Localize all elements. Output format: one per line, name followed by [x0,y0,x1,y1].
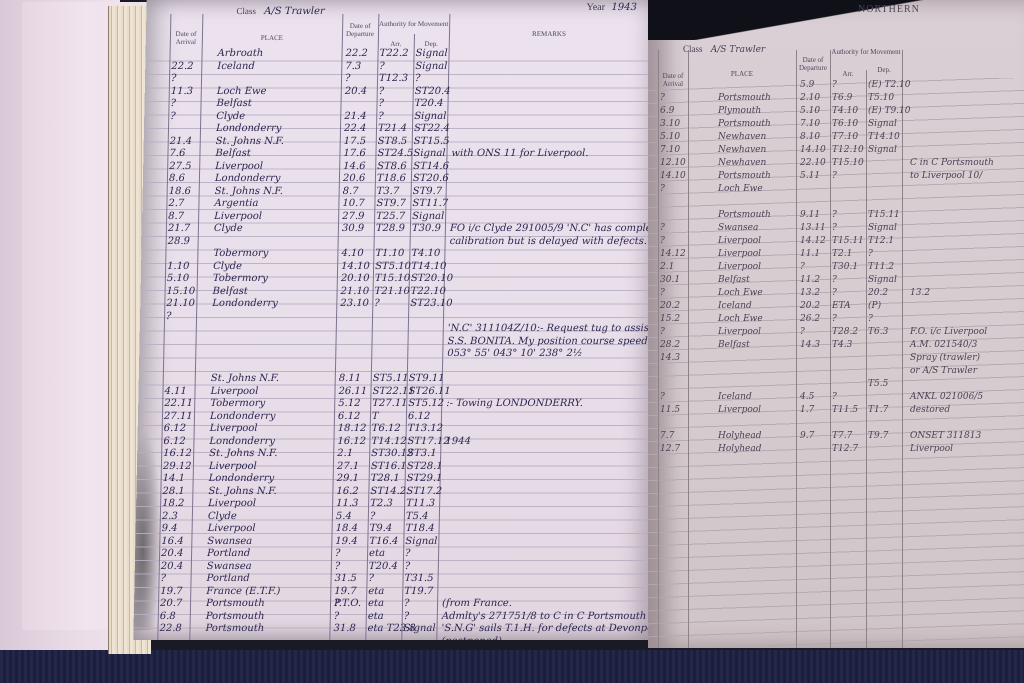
table-row: 14.1Londonderry29.1T28.1ST29.1 [137,473,652,486]
cell-departure: 20.2 [800,301,820,311]
remark-text: 053° 55' 043° 10' 238° 2½ [447,348,582,359]
cell-departure: 27.9 [342,211,364,222]
cell-arrival: 21.10 [166,298,195,309]
table-row: ? [140,311,655,324]
cell-arrival: ? [660,327,665,337]
cell-place: Liverpool [209,461,257,472]
cell-place: Plymouth [718,106,761,116]
cell-place: Portsmouth [206,598,265,609]
cell-place: Londonderry [216,123,282,134]
cell-arrival: 1.10 [167,261,189,272]
cell-arr: eta [368,598,384,609]
cell-arrival: 15.10 [166,286,195,297]
cell-departure: 8.10 [800,132,820,142]
cell-departure: 20.4 [345,86,367,97]
cell-departure: ? [345,73,351,84]
cell-departure: 5.10 [800,106,820,116]
cell-place: Liverpool [718,327,761,337]
cell-place: Liverpool [208,498,256,509]
cell-dep: Signal [868,275,897,285]
cell-place: Liverpool [718,236,761,246]
cell-arr: ? [370,511,376,522]
cell-place: Liverpool [718,405,761,415]
cell-arr: T15.10 [375,273,411,284]
class-label: Class [236,6,256,16]
remark-text: 1944 [445,436,471,447]
header-authority: Authority for Movement [830,48,902,56]
cell-arrival: ? [171,73,177,84]
cell-arrival: 14.3 [660,353,680,363]
cell-arrival: 21.7 [168,223,190,234]
cell-arr: T2.3 [370,498,393,509]
cell-departure: 1.7 [800,405,814,415]
cell-dep: 20.2 [868,288,888,298]
cell-departure: 13.11 [800,223,826,233]
cell-departure: ? [335,561,341,572]
cell-place: France (E.T.F.) [206,586,280,597]
cell-departure: 14.10 [341,261,370,272]
table-row: 5.10Newhaven8.10T7.10T14.10 [648,132,1024,145]
year-heading: Year 1943 [586,2,637,13]
remark-text: FO i/c Clyde 291005/9 'N.C' has complete… [450,223,662,234]
cell-place: Liverpool [208,523,256,534]
table-row: 2.1Liverpool?T30.1T11.2 [648,262,1024,275]
cell-arrival: 11.5 [660,405,680,415]
cell-arrival: 18.6 [169,186,191,197]
cell-place: Arbroath [217,48,263,59]
cell-place: Swansea [207,536,252,547]
table-row: 18.2Liverpool11.3T2.3T11.3 [136,498,651,511]
cell-departure: 11.2 [800,275,820,285]
cell-dep: ? [415,73,421,84]
table-row: 11.5Liverpool1.7T11.5T1.7 [648,405,1024,418]
cell-dep: T19.7 [404,586,433,597]
cell-place: Liverpool [210,423,258,434]
cell-dep: 6.12 [408,411,430,422]
table-row: 15.10Belfast21.10T21.10T22.10 [140,286,655,299]
table-row: ?Portland31.5?T31.5 [134,573,649,586]
table-row: 20.4Portland?eta? [135,548,650,561]
cell-dep: ? [405,548,411,559]
cell-dep: ST22.4 [414,123,450,134]
class-value: A/S Trawler [711,45,765,55]
cell-departure: 14.12 [800,236,826,246]
cell-departure: 10.7 [342,198,364,209]
cell-departure: ? [335,548,341,559]
table-row: 20.4Swansea?T20.4? [135,561,650,574]
cell-departure: 17.6 [343,148,365,159]
table-surface [0,650,1024,683]
cell-arrival: 6.12 [164,423,186,434]
cell-place: Liverpool [718,249,761,259]
table-row: 11.3Loch Ewe20.4?ST20.4 [145,86,660,99]
cell-arrival: 16.12 [163,448,192,459]
cell-departure: 21.4 [344,111,366,122]
cell-arr: T14.12 [371,436,407,447]
cell-dep: T15.11 [868,210,900,220]
cell-dep: ST28.1 [407,461,443,472]
cell-departure: 2.10 [800,93,820,103]
cell-departure: 4.5 [800,392,814,402]
cell-place: Portsmouth [718,93,771,103]
cell-place: Portsmouth [206,611,265,622]
cell-dep: T14.10 [411,261,447,272]
table-row: 14.12Liverpool11.1T2.1? [648,249,1024,262]
remark-text: destored [910,405,950,415]
table-row: 3.10Portsmouth7.10T6.10Signal [648,119,1024,132]
table-row: 5.9?(E) T2.10 [648,80,1024,93]
cell-dep: ST26.11 [408,386,450,397]
cell-arr: T20.4 [369,561,398,572]
cell-dep: T22.10 [410,286,446,297]
cell-arrival: 11.3 [171,86,193,97]
table-row: 8.7Liverpool27.9T25.7Signal [142,211,657,224]
cell-arr: eta [368,586,384,597]
cell-arr: ST9.7 [376,198,406,209]
cell-departure: 5.9 [800,80,814,90]
cell-arrival: 4.11 [164,386,186,397]
cell-dep: ST15.5 [414,136,450,147]
cell-place: Newhaven [718,145,766,155]
pto-note: P.T.O. [334,598,361,609]
table-row: 29.12Liverpool27.1ST16.1ST28.1 [137,461,652,474]
cell-place: Belfast [718,275,750,285]
cell-arr: ? [379,86,385,97]
cell-dep: Signal [868,223,897,233]
table-row: ?Loch Ewe13.2?20.2 [648,288,1024,301]
cell-dep: (P) [868,301,881,311]
cell-arrival: 20.4 [161,548,183,559]
cell-dep: ST5.12 [408,398,444,409]
header-place: PLACE [688,70,796,78]
cell-dep: ? [868,249,873,259]
cell-arr: T11.5 [832,405,858,415]
cell-departure: 9.7 [800,431,814,441]
cell-place: Holyhead [718,431,761,441]
cell-departure: 23.10 [340,298,369,309]
cell-dep: T18.4 [406,523,435,534]
cell-place: Londonderry [209,473,275,484]
remark-text: or A/S Trawler [910,366,977,376]
cell-arrival: 15.2 [660,314,680,324]
table-row: 20.7Portsmouth?eta? [134,598,649,611]
remark-text: to Liverpool 10/ [910,171,982,181]
header-arr: Arr. [830,70,866,78]
cell-place: Portland [207,548,250,559]
cell-arrival: ? [660,93,665,103]
cell-place: Swansea [207,561,252,572]
cell-arr: eta [368,611,384,622]
cell-arr: T2.1 [832,249,852,259]
cell-place: Loch Ewe [718,314,763,324]
cell-arr: T15.10 [832,158,864,168]
cell-arr: ? [832,80,837,90]
cell-arr: T28.2 [832,327,858,337]
cell-arrival: ? [160,573,166,584]
table-row: 2.7Argentia10.7ST9.7ST11.7 [142,198,657,211]
cell-place: St. Johns N.F. [211,373,280,384]
cell-arr: ? [832,223,837,233]
table-row: ?Liverpool14.12T15.11T12.1 [648,236,1024,249]
cell-arr: T16.4 [369,536,398,547]
table-row: 12.7HolyheadT12.7 [648,444,1024,457]
cell-place: Liverpool [718,262,761,272]
class-value: A/S Trawler [264,6,325,17]
cell-dep: T20.4 [414,98,443,109]
cell-arrival: ? [170,111,176,122]
table-row: 30.1Belfast11.2?Signal [648,275,1024,288]
table-row: 6.12Londonderry16.12T14.12ST17.12 [137,436,652,449]
cell-arr: ST5.10 [375,261,411,272]
cell-arr: T4.3 [832,340,852,350]
cell-arrival: 5.10 [167,273,189,284]
cell-place: Tobermory [213,273,268,284]
cell-arr: T [372,411,379,422]
cell-dep: ST29.1 [407,473,443,484]
cell-place: Portland [206,573,249,584]
table-row: St. Johns N.F.8.11ST5.11ST9.11 [139,373,654,386]
cell-arrival: 8.7 [168,211,184,222]
cell-dep: ST20.10 [411,273,453,284]
cell-arrival: 18.2 [162,498,184,509]
cell-dep: T5.5 [868,379,888,389]
cell-place: Argentia [214,198,258,209]
cell-arr: T6.12 [372,423,401,434]
left-ledger-page: Class A/S Trawler Year 1943 Date of Arri… [133,0,661,640]
remark-text: calibration but is delayed with defects. [450,236,648,247]
cell-arrival: 14.1 [163,473,185,484]
cell-arrival: 22.11 [164,398,193,409]
cell-place: Swansea [718,223,758,233]
table-row: 9.4Liverpool18.4T9.4T18.4 [135,523,650,536]
cell-arrival: 21.4 [170,136,192,147]
cell-arrival: 2.7 [168,198,184,209]
cell-arrival: 22.2 [171,61,193,72]
cell-arr: T3.7 [377,186,400,197]
cell-arrival: ? [660,392,665,402]
cell-arrival: 2.1 [660,262,674,272]
cell-arrival: 20.7 [160,598,182,609]
table-row: 19.7France (E.T.F.)19.7etaT19.7 [134,586,649,599]
table-row: 2.3Clyde5.4?T5.4 [136,511,651,524]
cell-arrival: 3.10 [660,119,680,129]
cell-place: Iceland [718,301,752,311]
cell-dep: Signal [414,111,446,122]
table-row: 22.2Iceland7.3?Signal [145,61,660,74]
class-label: Class [683,44,703,54]
cell-departure: 13.2 [800,288,820,298]
cell-dep: T6.3 [868,327,888,337]
cell-dep: ST23.10 [410,298,452,309]
table-row: T5.5 [648,379,1024,392]
cell-arr: ? [832,314,837,324]
remark-text: A.M. 021540/3 [910,340,977,350]
cell-arr: ETA [832,301,851,311]
cell-dep: Signal [868,145,897,155]
table-row: ?Swansea13.11?Signal [648,223,1024,236]
cell-dep: ST20.6 [413,173,449,184]
cell-arrival: 30.1 [660,275,680,285]
cell-arrival: 28.9 [168,236,190,247]
cell-arrival: 7.10 [660,145,680,155]
table-row: 27.11Londonderry6.12T6.12 [138,411,653,424]
remark-text: 'S.N.G' sails T.1.H. for defects at Devo… [441,623,661,634]
cell-arrival: 29.12 [163,461,192,472]
cell-departure: 21.10 [340,286,369,297]
cell-departure: 22.4 [344,123,366,134]
remark-text: Liverpool [910,444,953,454]
cell-dep: ? [405,561,411,572]
cell-arrival: 7.7 [660,431,674,441]
cell-arr: ? [378,111,384,122]
cell-place: Newhaven [718,132,766,142]
table-row: 4.11Liverpool26.11ST22.11ST26.11 [138,386,653,399]
cell-departure: 19.7 [334,586,356,597]
cell-arr: ? [368,573,374,584]
table-row: 21.10Londonderry23.10?ST23.10 [140,298,655,311]
cell-arrival: ? [660,288,665,298]
table-row [139,361,654,374]
cell-arr: ? [379,61,385,72]
header-place: PLACE [202,34,342,42]
class-heading: Class A/S Trawler [683,44,765,55]
cell-dep: T13.12 [408,423,444,434]
remark-text: Admlty's 271751/8 to C in C Portsmouth [442,611,647,622]
cell-arr: ST5.11 [373,373,409,384]
remark-text: Spray (trawler) [910,353,980,363]
cell-departure: 16.2 [336,486,358,497]
cell-arr: T30.1 [832,262,858,272]
cell-arr: T12.3 [379,73,408,84]
table-row: 1.10Clyde14.10ST5.10T14.10 [141,261,656,274]
cell-arrival: ? [660,236,665,246]
remark-text: ONSET 311813 [910,431,981,441]
cell-dep: ST9.11 [409,373,445,384]
cell-place: Clyde [214,223,243,234]
cell-arr: ? [832,210,837,220]
year-label: Year [586,2,605,13]
cell-arrival: 22.8 [159,623,181,634]
cell-arrival: ? [660,184,665,194]
cell-departure: 16.12 [337,436,366,447]
cell-arr: T6.10 [832,119,858,129]
cell-departure: 18.4 [336,523,358,534]
cell-place: Newhaven [718,158,766,168]
cell-departure: 26.2 [800,314,820,324]
header-departure: Date of Departure [796,56,830,72]
table-row: ?Belfast?T20.4 [144,98,659,111]
cell-arr: T28.1 [371,473,400,484]
cell-departure: 5.4 [336,511,352,522]
table-row: 20.2Iceland20.2ETA(P) [648,301,1024,314]
cell-place: Liverpool [214,211,262,222]
cell-arr: T21.10 [374,286,410,297]
cell-arrival: 8.6 [169,173,185,184]
cell-departure: 8.7 [343,186,359,197]
cell-dep: ST9.7 [413,186,443,197]
table-row: Londonderry22.4T21.4ST22.4 [144,123,659,136]
cell-dep: T1.7 [868,405,888,415]
cell-dep: (E) T2.10 [868,80,911,90]
cell-arr: ? [832,171,837,181]
cell-dep: T31.5 [404,573,433,584]
cell-departure: 20.10 [341,273,370,284]
cell-departure: 5.12 [338,398,360,409]
remark-text: 13.2 [910,288,930,298]
cell-arr: ? [832,392,837,402]
cell-departure: 20.6 [343,173,365,184]
cell-arr: T7.7 [832,431,852,441]
remark-text: with ONS 11 for Liverpool. [451,148,588,159]
header-dep: Dep. [866,66,902,74]
cell-place: Londonderry [215,173,281,184]
cell-departure: 31.5 [334,573,356,584]
cell-place: Loch Ewe [718,184,763,194]
cell-arrival: 20.4 [161,561,183,572]
table-row: 28.1St. Johns N.F.16.2ST14.2ST17.2 [136,486,651,499]
table-row: 6.9Plymouth5.10T4.10(E) T9.10 [648,106,1024,119]
table-row: Portsmouth9.11?T15.11 [648,210,1024,223]
cell-place: Belfast [718,340,750,350]
cell-departure: 14.10 [800,145,826,155]
cell-arrival: 6.12 [163,436,185,447]
cell-place: Loch Ewe [718,288,763,298]
cell-place: Iceland [217,61,255,72]
cell-departure: 11.1 [800,249,820,259]
cell-place: St. Johns N.F. [208,486,277,497]
table-row: ?Clyde21.4?Signal [144,111,659,124]
cell-dep: T9.7 [868,431,888,441]
cell-dep: T30.9 [412,223,441,234]
cell-arrival: ? [170,98,176,109]
remark-text: :- Towing LONDONDERRY. [446,398,583,409]
command-heading: NORTHERN [858,4,920,15]
cell-place: Portsmouth [718,119,771,129]
cell-dep: ST17.2 [406,486,442,497]
cell-place: Belfast [215,148,251,159]
cell-place: St. Johns N.F. [215,186,284,197]
cell-arrival: 28.1 [162,486,184,497]
cell-place: Belfast [216,98,252,109]
cell-arr: T9.4 [370,523,393,534]
cell-dep: T11.2 [868,262,894,272]
table-row [648,197,1024,210]
cell-place: Liverpool [215,161,263,172]
right-ledger-page: NORTHERN Class A/S Trawler Date of Arriv… [648,0,1024,648]
cell-departure: 7.10 [800,119,820,129]
cell-arrival: ? [166,311,172,322]
cell-arr: T18.6 [377,173,406,184]
cell-dep: Signal [405,536,437,547]
cell-dep: T12.1 [868,236,894,246]
cell-arr: T12.7 [832,444,858,454]
cell-departure: 14.6 [343,161,365,172]
cell-place: Portsmouth [718,210,771,220]
cell-arrival: 5.10 [660,132,680,142]
cell-arrival: 2.3 [162,511,178,522]
cell-arr: T22.2 [379,48,408,59]
cell-departure: 8.11 [339,373,361,384]
cell-dep: T11.3 [406,498,435,509]
cell-dep: ST11.7 [412,198,448,209]
cell-departure: 31.8 [333,623,355,634]
cell-arr: ST16.1 [371,461,407,472]
table-row: 27.5Liverpool14.6ST8.6ST14.6 [143,161,658,174]
cell-dep: ST14.6 [413,161,449,172]
cell-arrival: 28.2 [660,340,680,350]
cell-arrival: 6.9 [660,106,674,116]
cell-arrival: 12.7 [660,444,680,454]
